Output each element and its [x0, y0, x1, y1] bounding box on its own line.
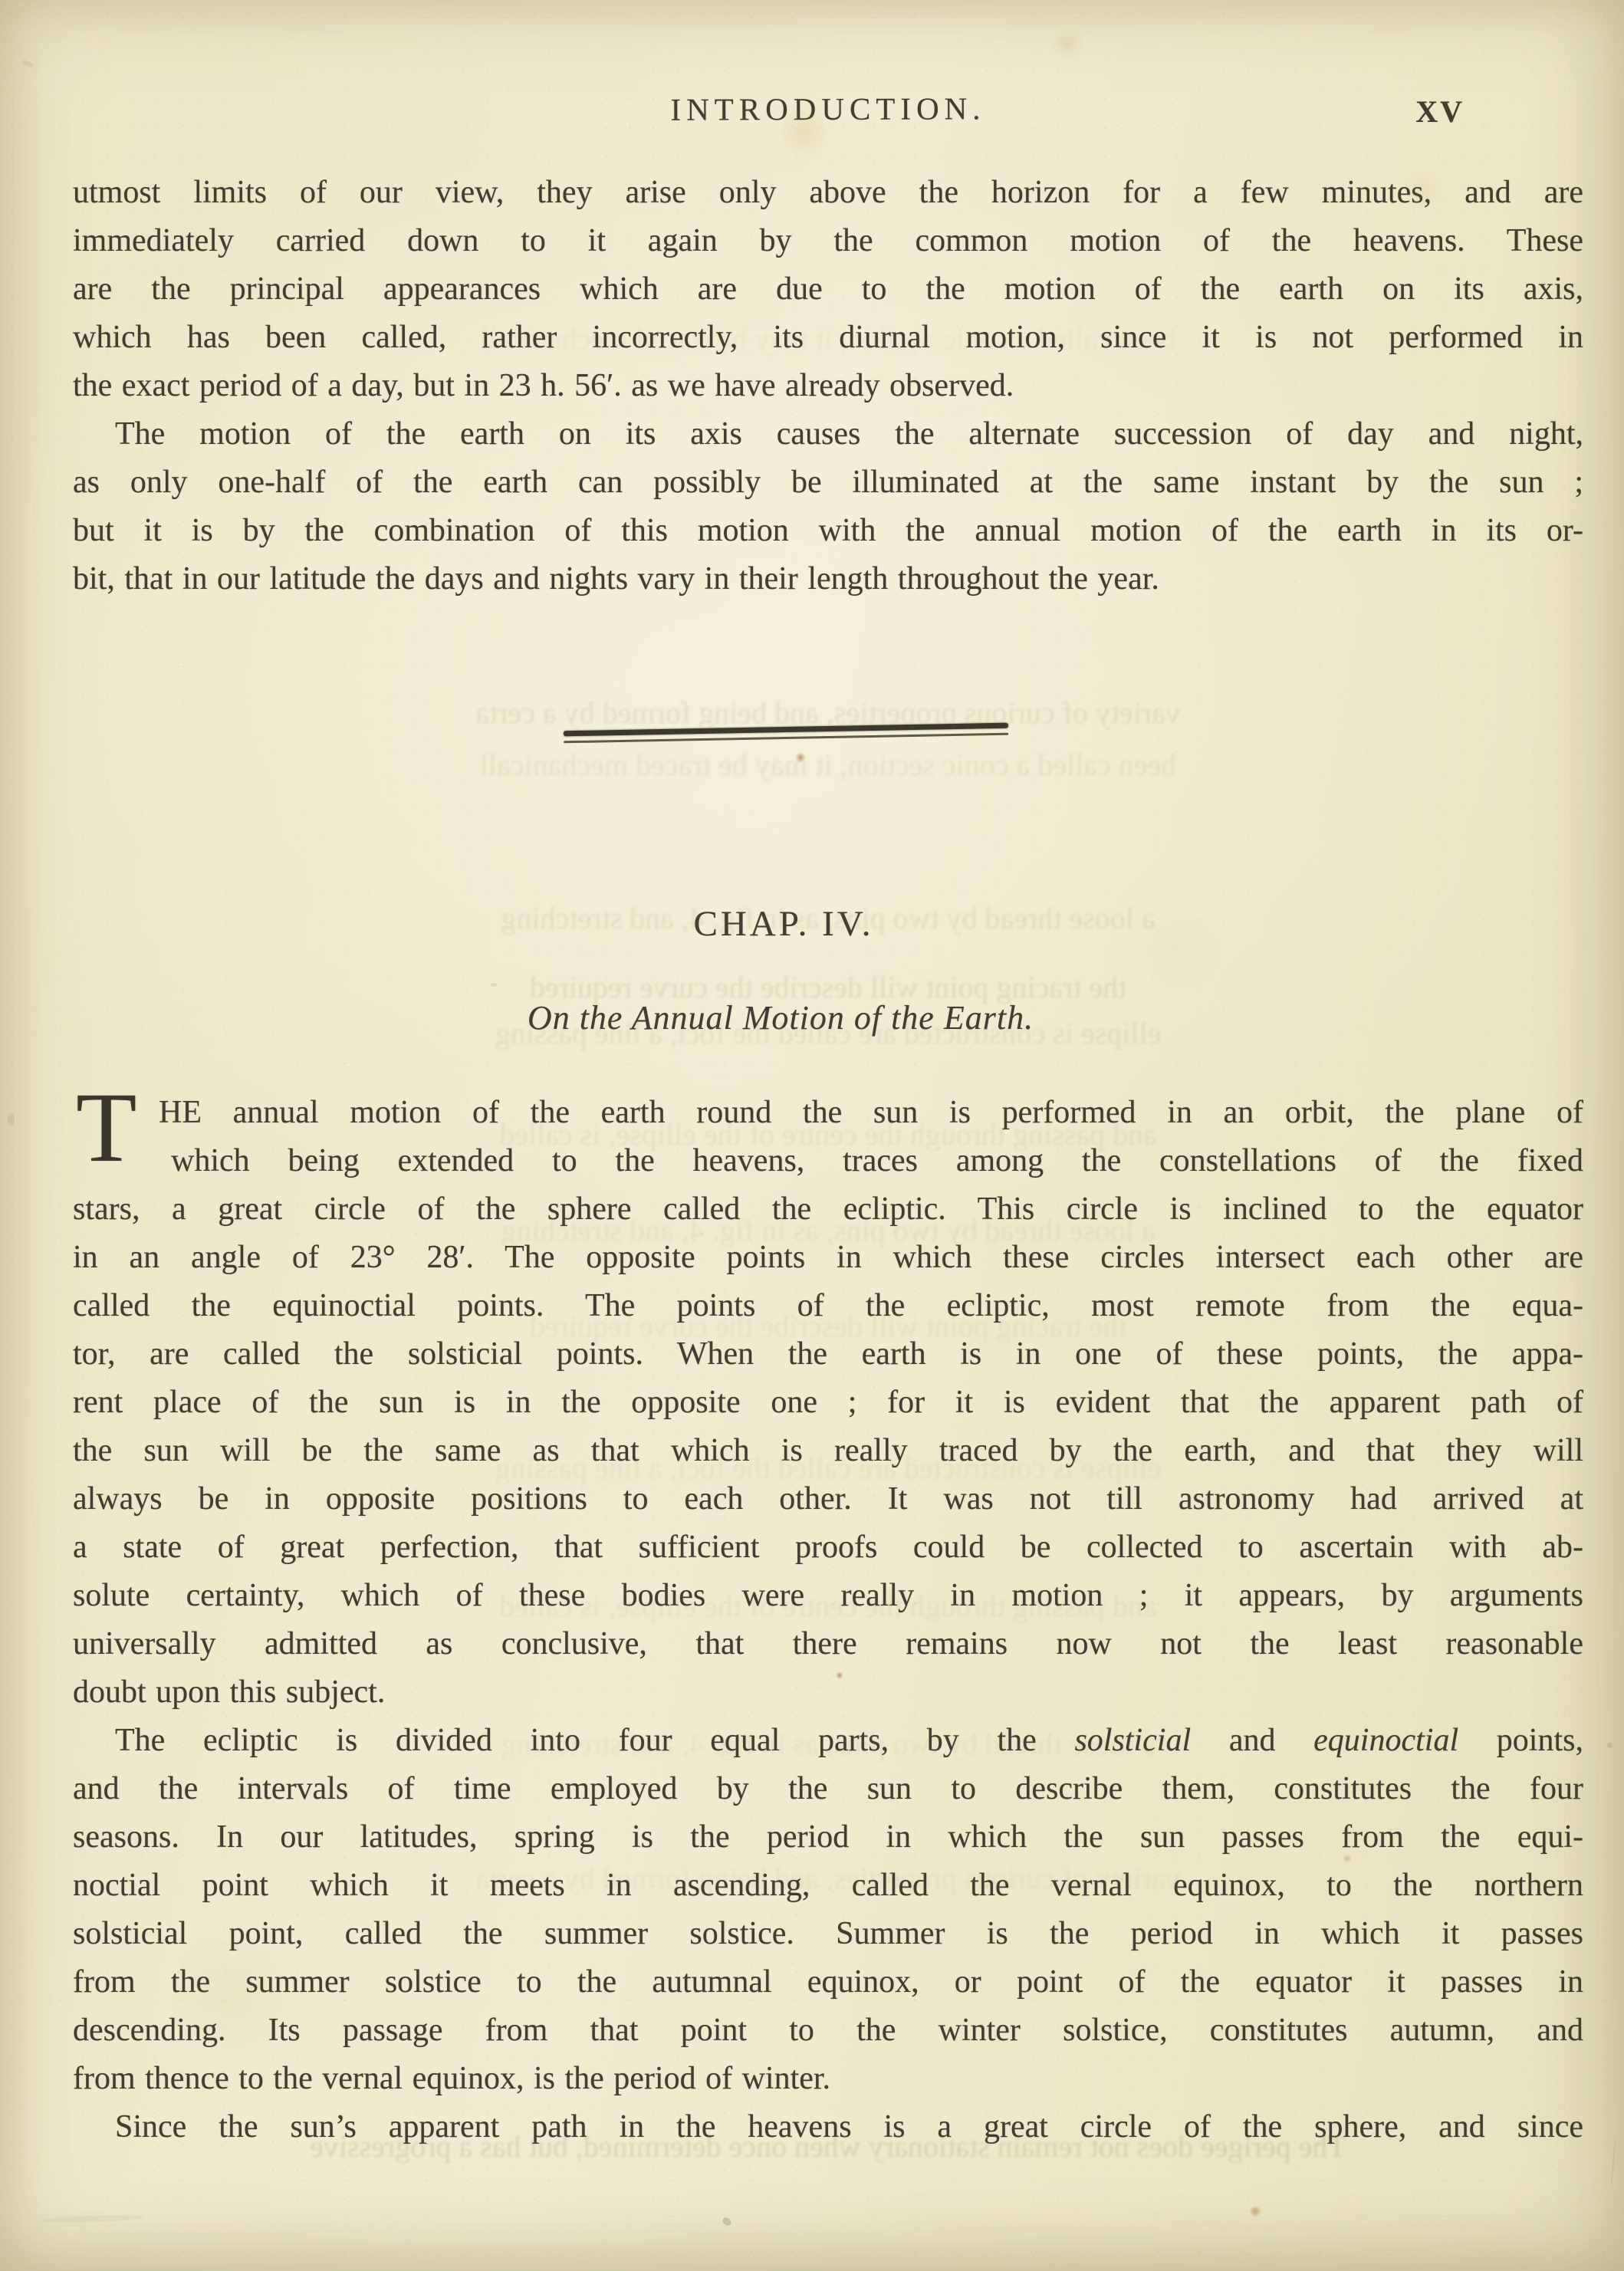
paper-stain [1249, 2205, 1261, 2217]
text-line: as only one-half of the earth can possib… [73, 458, 1583, 507]
text-segment: The ecliptic is divided into four equal … [115, 1723, 1074, 1758]
text-line: bit, that in our latitude the days and n… [73, 555, 1583, 603]
paragraph: THE annual motion of the earth round the… [73, 1089, 1583, 1717]
text-line: utmost limits of our view, they arise on… [73, 169, 1583, 217]
paragraph: The ecliptic is divided into four equal … [73, 1717, 1583, 2103]
scan-speck [722, 2216, 733, 2227]
text-line: HE annual motion of the earth round the … [73, 1089, 1583, 1137]
text-line: which has been called, rather incorrectl… [73, 314, 1583, 362]
text-line: called the equinoctial points. The point… [73, 1282, 1583, 1330]
text-segment: and [1191, 1723, 1313, 1758]
text-line: seasons. In our latitudes, spring is the… [73, 1813, 1583, 1862]
drop-cap-letter: T [76, 1078, 136, 1178]
paragraphs-before-divider: utmost limits of our view, they arise on… [73, 169, 1583, 603]
text-line: but it is by the combination of this mot… [73, 507, 1583, 555]
text-line: The ecliptic is divided into four equal … [73, 1717, 1583, 1765]
text-line: and the intervals of time employed by th… [73, 1765, 1583, 1813]
italic-term: equinoctial [1313, 1723, 1458, 1758]
text-line: always be in opposite positions to each … [73, 1475, 1583, 1523]
text-line: rent place of the sun is in the opposite… [73, 1379, 1583, 1427]
chapter-subtitle: On the Annual Motion of the Earth. [25, 997, 1536, 1040]
paragraph: Since the sun’s apparent path in the hea… [73, 2103, 1583, 2151]
page-number: XV [1415, 94, 1465, 130]
text-line: solsticial point, called the summer sols… [73, 1910, 1583, 1958]
chapter-heading: CHAP. IV. [28, 902, 1539, 945]
text-line: noctial point which it meets in ascendin… [73, 1862, 1583, 1910]
book-page: INTRODUCTION. XV utmost limits of our vi… [0, 0, 1624, 2271]
paragraph: The motion of the earth on its axis caus… [73, 410, 1583, 603]
text-line: universally admitted as conclusive, that… [73, 1620, 1583, 1668]
paragraphs-after-divider: THE annual motion of the earth round the… [73, 1089, 1583, 2151]
scan-speck [1607, 1743, 1612, 1748]
text-line: which being extended to the heavens, tra… [73, 1137, 1583, 1185]
paragraph: utmost limits of our view, they arise on… [73, 169, 1583, 410]
scan-speck [42, 2214, 142, 2224]
text-column: utmost limits of our view, they arise on… [73, 169, 1583, 2151]
text-line: in an angle of 23° 28′. The opposite poi… [73, 1234, 1583, 1282]
italic-term: solsticial [1074, 1723, 1191, 1758]
text-line: tor, are called the solsticial points. W… [73, 1330, 1583, 1379]
text-line: immediately carried down to it again by … [73, 217, 1583, 265]
text-line: from the summer solstice to the autumnal… [73, 1958, 1583, 2006]
text-line: the sun will be the same as that which i… [73, 1427, 1583, 1475]
text-line: a state of great perfection, that suffic… [73, 1523, 1583, 1572]
scan-speck [1610, 2139, 1616, 2185]
section-divider-rule [564, 723, 1008, 744]
text-line: solute certainty, which of these bodies … [73, 1572, 1583, 1620]
text-line: are the principal appearances which are … [73, 265, 1583, 314]
text-line: descending. Its passage from that point … [73, 2006, 1583, 2055]
scan-speck [21, 59, 34, 67]
running-title: INTRODUCTION. [73, 88, 1583, 130]
text-line: from thence to the vernal equinox, is th… [73, 2055, 1583, 2103]
text-line: stars, a great circle of the sphere call… [73, 1185, 1583, 1234]
text-line: Since the sun’s apparent path in the hea… [73, 2103, 1583, 2151]
scan-speck [8, 1113, 15, 1126]
text-line: The motion of the earth on its axis caus… [73, 410, 1583, 458]
text-line: doubt upon this subject. [73, 1668, 1583, 1717]
paper-stain [1050, 26, 1084, 60]
text-line: the exact period of a day, but in 23 h. … [73, 362, 1583, 410]
text-segment: points, [1458, 1723, 1583, 1758]
